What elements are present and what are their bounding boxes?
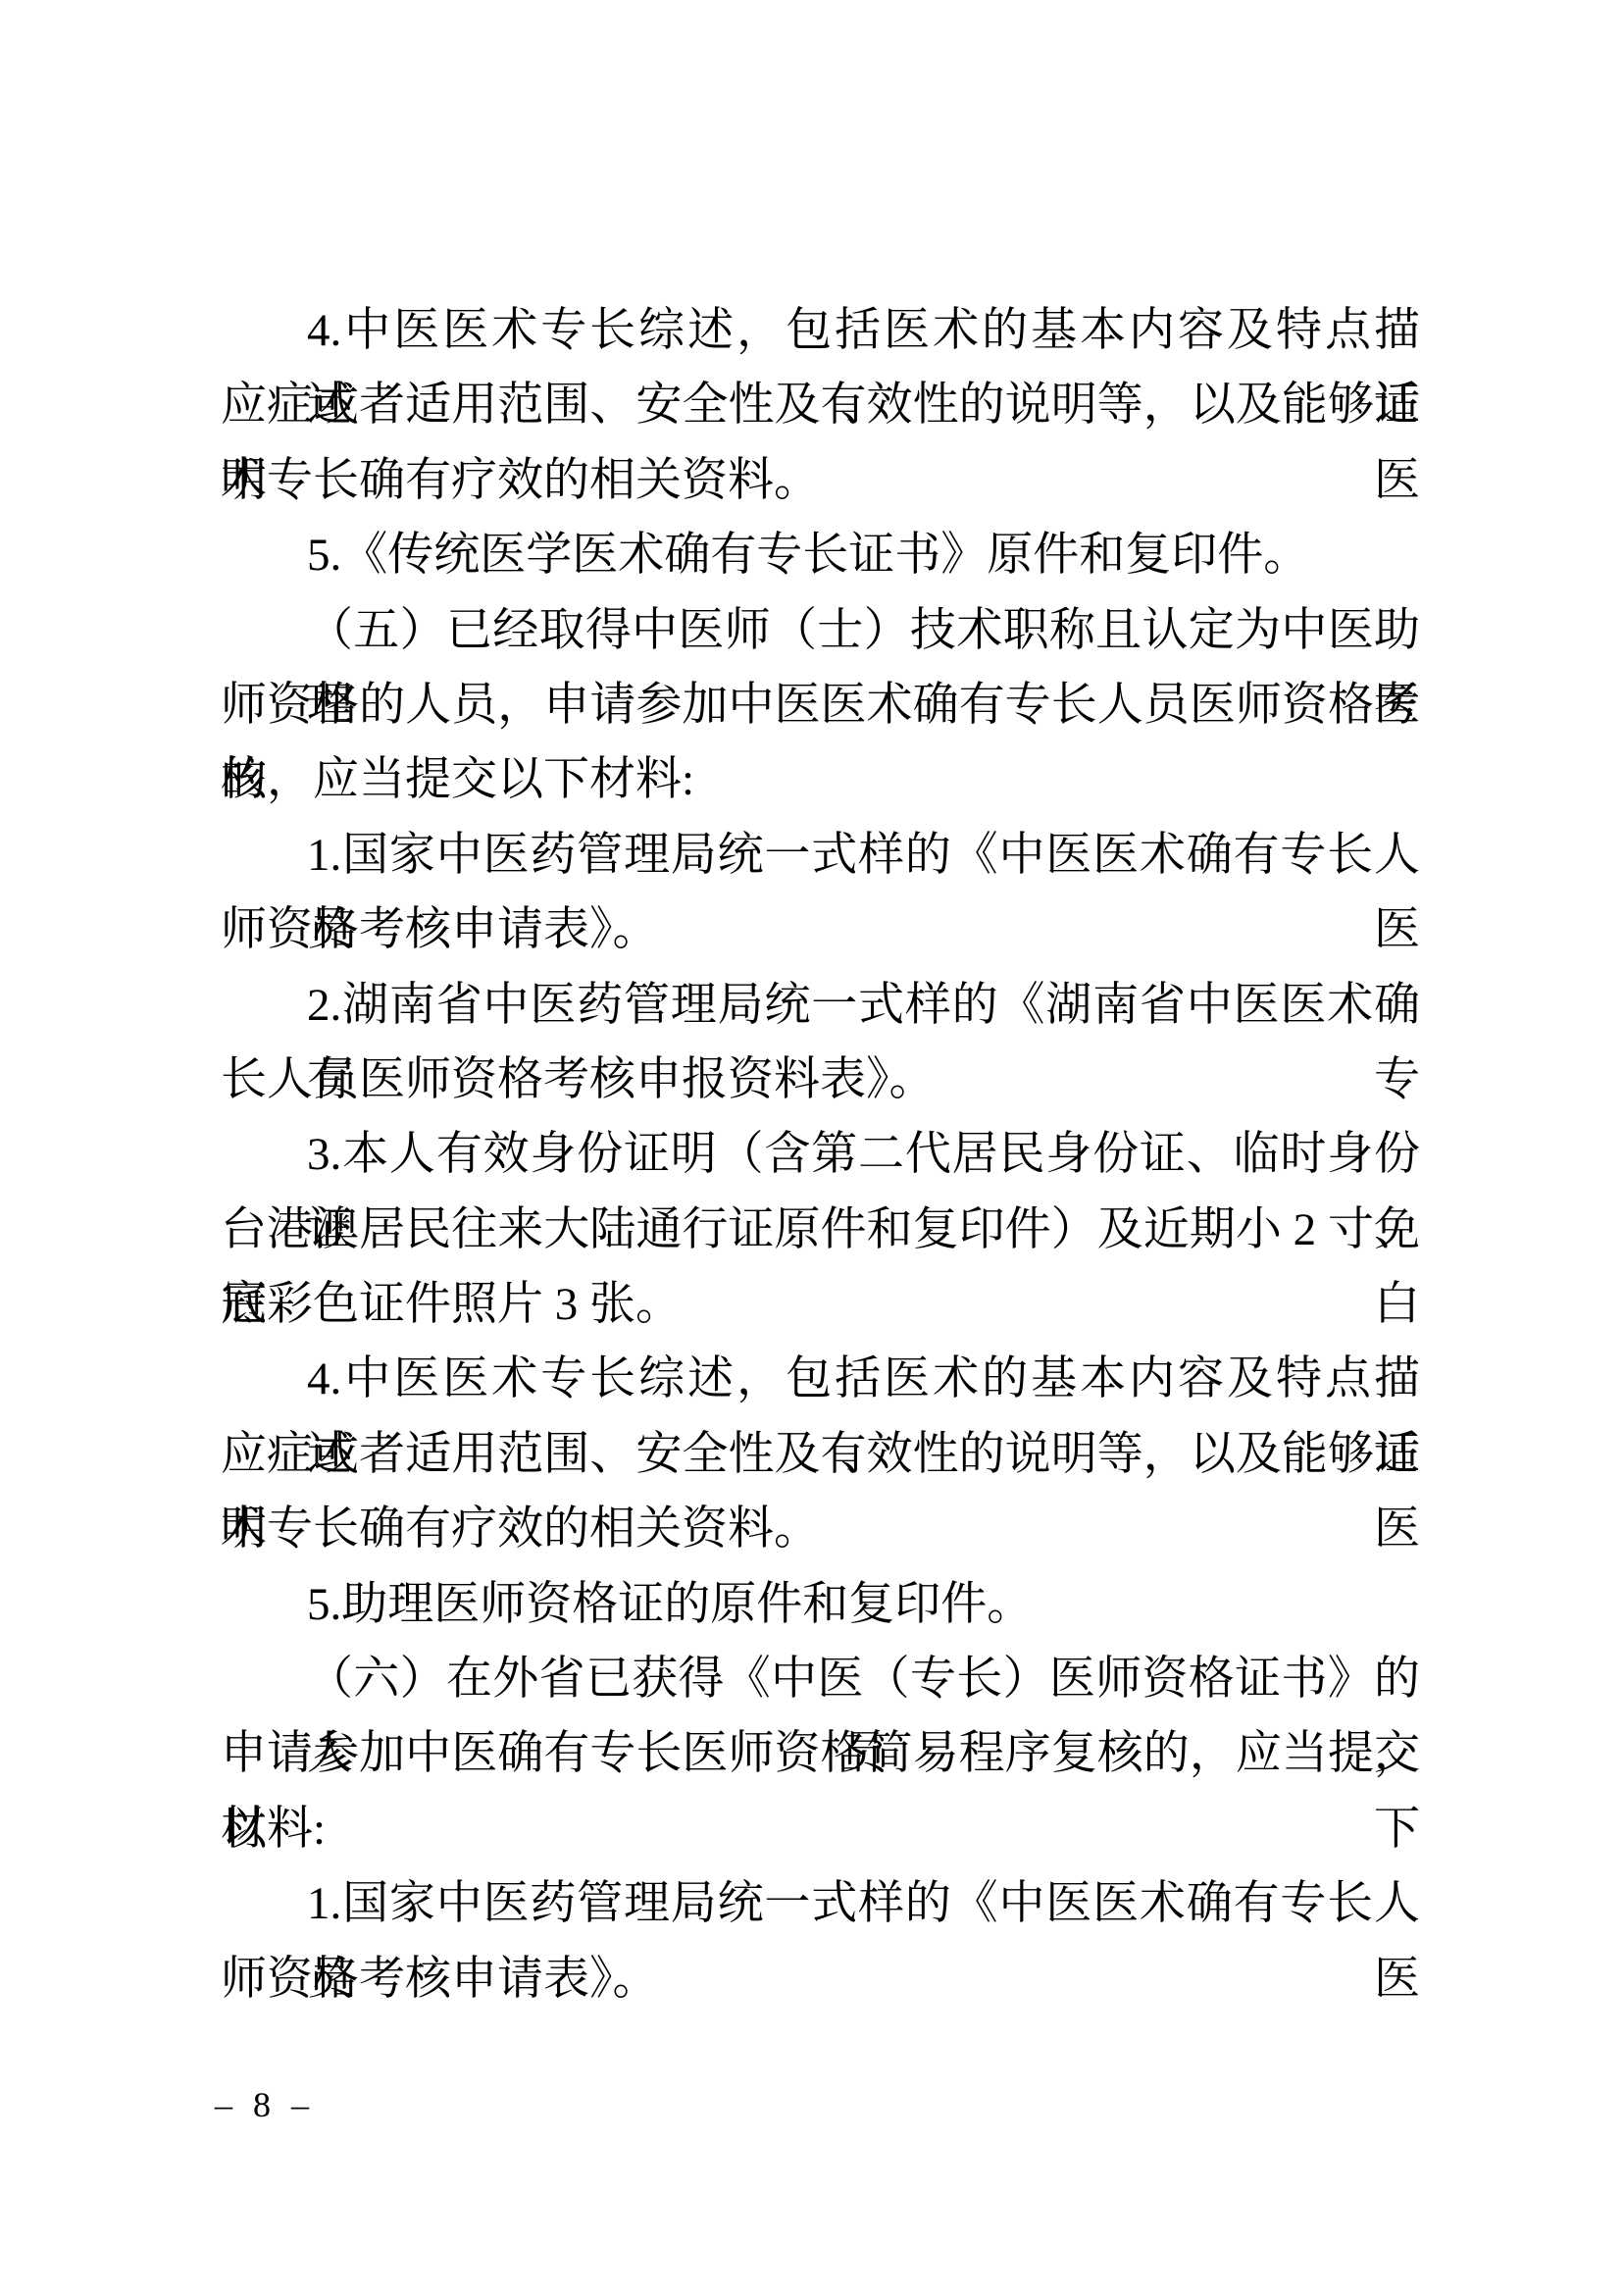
page-number: – 8 – xyxy=(215,2081,315,2128)
text-line: 1.国家中医药管理局统一式样的《中医医术确有专长人员医 xyxy=(221,818,1420,892)
document-page: 4.中医医术专长综述，包括医术的基本内容及特点描述、适 应症或者适用范围、安全性… xyxy=(0,0,1624,2294)
text-line: 1.国家中医药管理局统一式样的《中医医术确有专长人员医 xyxy=(221,1866,1420,1941)
text-line: 申请参加中医确有专长医师资格简易程序复核的，应当提交以下 xyxy=(221,1716,1420,1791)
text-line: 师资格的人员，申请参加中医医术确有专长人员医师资格考核 xyxy=(221,668,1420,742)
text-line: 4.中医医术专长综述，包括医术的基本内容及特点描述、适 xyxy=(221,1342,1420,1416)
text-line: 4.中医医术专长综述，包括医术的基本内容及特点描述、适 xyxy=(221,293,1420,368)
text-line: （五）已经取得中医师（士）技术职称且认定为中医助理医 xyxy=(221,593,1420,668)
text-line: 3.本人有效身份证明（含第二代居民身份证、临时身份证、 xyxy=(221,1117,1420,1192)
document-text: 4.中医医术专长综述，包括医术的基本内容及特点描述、适 应症或者适用范围、安全性… xyxy=(221,293,1420,2016)
text-line: 5.《传统医学医术确有专长证书》原件和复印件。 xyxy=(221,518,1420,592)
text-line: 2.湖南省中医药管理局统一式样的《湖南省中医医术确有专 xyxy=(221,968,1420,1043)
text-line: 应症或者适用范围、安全性及有效性的说明等，以及能够证明医 xyxy=(221,1417,1420,1492)
text-line: （六）在外省已获得《中医（专长）医师资格证书》的人员， xyxy=(221,1642,1420,1716)
text-line: 的，应当提交以下材料: xyxy=(221,742,1420,817)
text-line: 5.助理医师资格证的原件和复印件。 xyxy=(221,1567,1420,1642)
text-line: 应症或者适用范围、安全性及有效性的说明等，以及能够证明医 xyxy=(221,368,1420,442)
text-line: 台港澳居民往来大陆通行证原件和复印件）及近期小 2 寸免冠白 xyxy=(221,1193,1420,1267)
